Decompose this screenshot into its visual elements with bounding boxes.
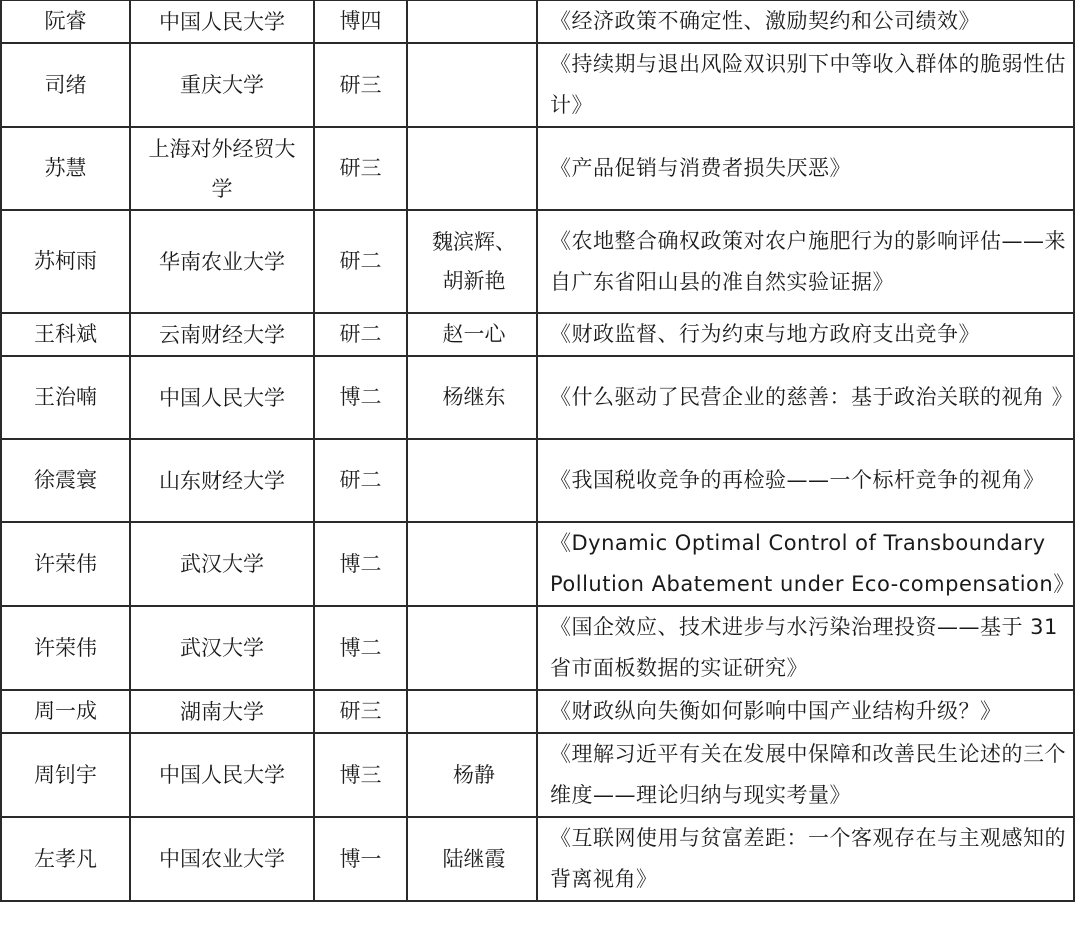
table-row: 王治喃中国人民大学博二杨继东《什么驱动了民营企业的慈善：基于政治关联的视角 》 xyxy=(1,356,1074,439)
paper-title-cell: 《农地整合确权政策对农户施肥行为的影响评估——来自广东省阳山县的准自然实验证据》 xyxy=(537,210,1074,313)
grade-cell: 研二 xyxy=(314,210,407,313)
table-row: 苏慧上海对外经贸大学研三《产品促销与消费者损失厌恶》 xyxy=(1,127,1074,210)
school-cell: 中国人民大学 xyxy=(130,733,314,817)
table-row: 阮睿中国人民大学博四《经济政策不确定性、激励契约和公司绩效》 xyxy=(1,0,1074,43)
advisor-cell: 杨静 xyxy=(407,733,537,817)
grade-cell: 博一 xyxy=(314,817,407,901)
advisor-cell xyxy=(407,0,537,43)
grade-cell: 博四 xyxy=(314,0,407,43)
student-name-cell: 王科斌 xyxy=(1,313,130,356)
student-name-cell: 司绪 xyxy=(1,43,130,127)
school-cell: 中国人民大学 xyxy=(130,356,314,439)
award-list-table: 阮睿中国人民大学博四《经济政策不确定性、激励契约和公司绩效》司绪重庆大学研三《持… xyxy=(0,0,1075,902)
table-row: 王科斌云南财经大学研二赵一心《财政监督、行为约束与地方政府支出竞争》 xyxy=(1,313,1074,356)
advisor-cell xyxy=(407,439,537,522)
grade-cell: 博二 xyxy=(314,522,407,606)
school-cell: 上海对外经贸大学 xyxy=(130,127,314,210)
advisor-cell: 赵一心 xyxy=(407,313,537,356)
school-cell: 湖南大学 xyxy=(130,690,314,733)
student-name-cell: 苏柯雨 xyxy=(1,210,130,313)
school-cell: 武汉大学 xyxy=(130,606,314,690)
paper-title-cell: 《互联网使用与贫富差距：一个客观存在与主观感知的背离视角》 xyxy=(537,817,1074,901)
grade-cell: 博二 xyxy=(314,606,407,690)
table-row: 周钊宇中国人民大学博三杨静《理解习近平有关在发展中保障和改善民生论述的三个维度—… xyxy=(1,733,1074,817)
paper-title-cell: 《持续期与退出风险双识别下中等收入群体的脆弱性估计》 xyxy=(537,43,1074,127)
school-cell: 武汉大学 xyxy=(130,522,314,606)
student-name-cell: 王治喃 xyxy=(1,356,130,439)
grade-cell: 研三 xyxy=(314,43,407,127)
student-name-cell: 许荣伟 xyxy=(1,606,130,690)
advisor-cell: 陆继霞 xyxy=(407,817,537,901)
table-row: 周一成湖南大学研三《财政纵向失衡如何影响中国产业结构升级？》 xyxy=(1,690,1074,733)
student-name-cell: 阮睿 xyxy=(1,0,130,43)
grade-cell: 博三 xyxy=(314,733,407,817)
school-cell: 华南农业大学 xyxy=(130,210,314,313)
grade-cell: 研三 xyxy=(314,690,407,733)
table-row: 左孝凡中国农业大学博一陆继霞《互联网使用与贫富差距：一个客观存在与主观感知的背离… xyxy=(1,817,1074,901)
advisor-cell xyxy=(407,606,537,690)
paper-title-cell: 《产品促销与消费者损失厌恶》 xyxy=(537,127,1074,210)
advisor-cell xyxy=(407,522,537,606)
grade-cell: 研三 xyxy=(314,127,407,210)
paper-title-cell: 《理解习近平有关在发展中保障和改善民生论述的三个维度——理论归纳与现实考量》 xyxy=(537,733,1074,817)
school-cell: 云南财经大学 xyxy=(130,313,314,356)
table-row: 许荣伟武汉大学博二《国企效应、技术进步与水污染治理投资——基于 31 省市面板数… xyxy=(1,606,1074,690)
grade-cell: 博二 xyxy=(314,356,407,439)
paper-title-cell: 《国企效应、技术进步与水污染治理投资——基于 31 省市面板数据的实证研究》 xyxy=(537,606,1074,690)
student-name-cell: 徐震寰 xyxy=(1,439,130,522)
student-name-cell: 左孝凡 xyxy=(1,817,130,901)
paper-title-cell: 《我国税收竞争的再检验——一个标杆竞争的视角》 xyxy=(537,439,1074,522)
advisor-cell: 杨继东 xyxy=(407,356,537,439)
student-name-cell: 周钊宇 xyxy=(1,733,130,817)
grade-cell: 研二 xyxy=(314,439,407,522)
advisor-cell: 魏滨辉、胡新艳 xyxy=(407,210,537,313)
student-name-cell: 许荣伟 xyxy=(1,522,130,606)
paper-title-cell: 《财政纵向失衡如何影响中国产业结构升级？》 xyxy=(537,690,1074,733)
school-cell: 中国农业大学 xyxy=(130,817,314,901)
student-name-cell: 苏慧 xyxy=(1,127,130,210)
paper-title-cell: 《什么驱动了民营企业的慈善：基于政治关联的视角 》 xyxy=(537,356,1074,439)
student-name-cell: 周一成 xyxy=(1,690,130,733)
paper-title-cell: 《Dynamic Optimal Control of Transboundar… xyxy=(537,522,1074,606)
school-cell: 山东财经大学 xyxy=(130,439,314,522)
school-cell: 重庆大学 xyxy=(130,43,314,127)
advisor-cell xyxy=(407,127,537,210)
advisor-cell xyxy=(407,690,537,733)
school-cell: 中国人民大学 xyxy=(130,0,314,43)
paper-title-cell: 《经济政策不确定性、激励契约和公司绩效》 xyxy=(537,0,1074,43)
table-row: 司绪重庆大学研三《持续期与退出风险双识别下中等收入群体的脆弱性估计》 xyxy=(1,43,1074,127)
table-row: 苏柯雨华南农业大学研二魏滨辉、胡新艳《农地整合确权政策对农户施肥行为的影响评估—… xyxy=(1,210,1074,313)
table-body: 阮睿中国人民大学博四《经济政策不确定性、激励契约和公司绩效》司绪重庆大学研三《持… xyxy=(1,0,1074,901)
grade-cell: 研二 xyxy=(314,313,407,356)
paper-title-cell: 《财政监督、行为约束与地方政府支出竞争》 xyxy=(537,313,1074,356)
table-row: 许荣伟武汉大学博二《Dynamic Optimal Control of Tra… xyxy=(1,522,1074,606)
advisor-cell xyxy=(407,43,537,127)
table-row: 徐震寰山东财经大学研二《我国税收竞争的再检验——一个标杆竞争的视角》 xyxy=(1,439,1074,522)
